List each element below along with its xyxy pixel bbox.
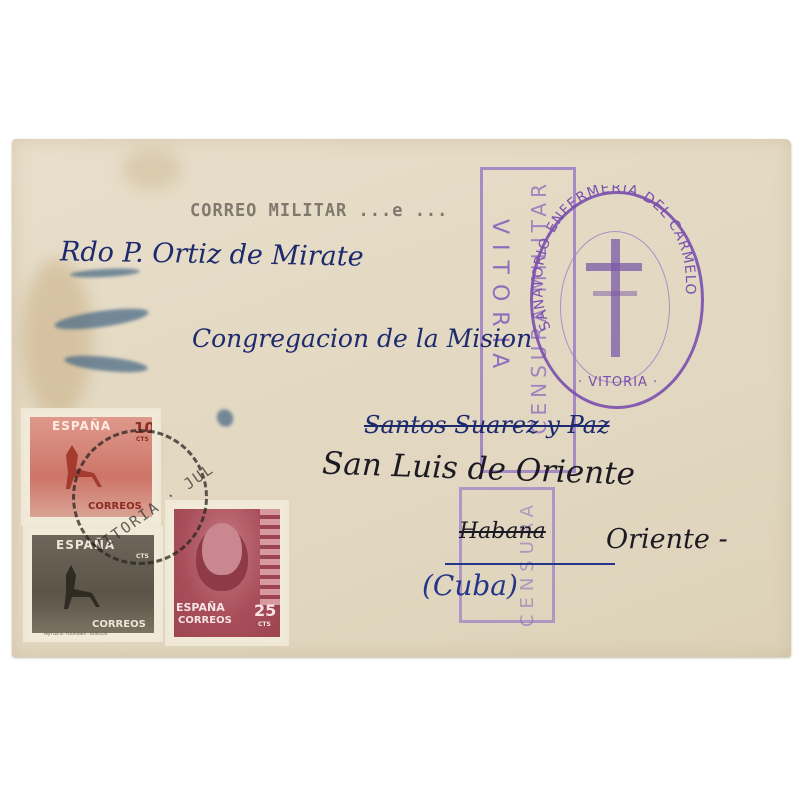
struck-street: Santos Suarez y Paz [364, 411, 610, 439]
portrait-icon [202, 523, 242, 575]
address-province: Oriente - [606, 524, 728, 555]
addressee-congregation: Congregacion de la Mision [192, 324, 532, 353]
envelope: CORREO MILITAR ...e ... VITORIA CENSURA … [12, 139, 791, 657]
struck-city: Habana [459, 519, 546, 544]
address-country: (Cuba) [422, 569, 518, 602]
hospital-seal-city: · VITORIA · [578, 375, 658, 390]
foxing-stain [22, 259, 92, 419]
address-town: San Luis de Oriente [321, 446, 635, 493]
censor-box-lower [459, 487, 555, 623]
underline [445, 563, 615, 565]
ink-smudge [70, 267, 140, 279]
foxing-stain [122, 149, 182, 189]
machine-cancel-mark: CORREO MILITAR ...e ... [190, 201, 448, 222]
censor-text-vitoria: VITORIA [487, 219, 512, 378]
addressee-name: Rdo P. Ortiz de Mirate [60, 236, 364, 272]
horseman-icon [44, 557, 114, 623]
ink-smudge [214, 406, 237, 430]
